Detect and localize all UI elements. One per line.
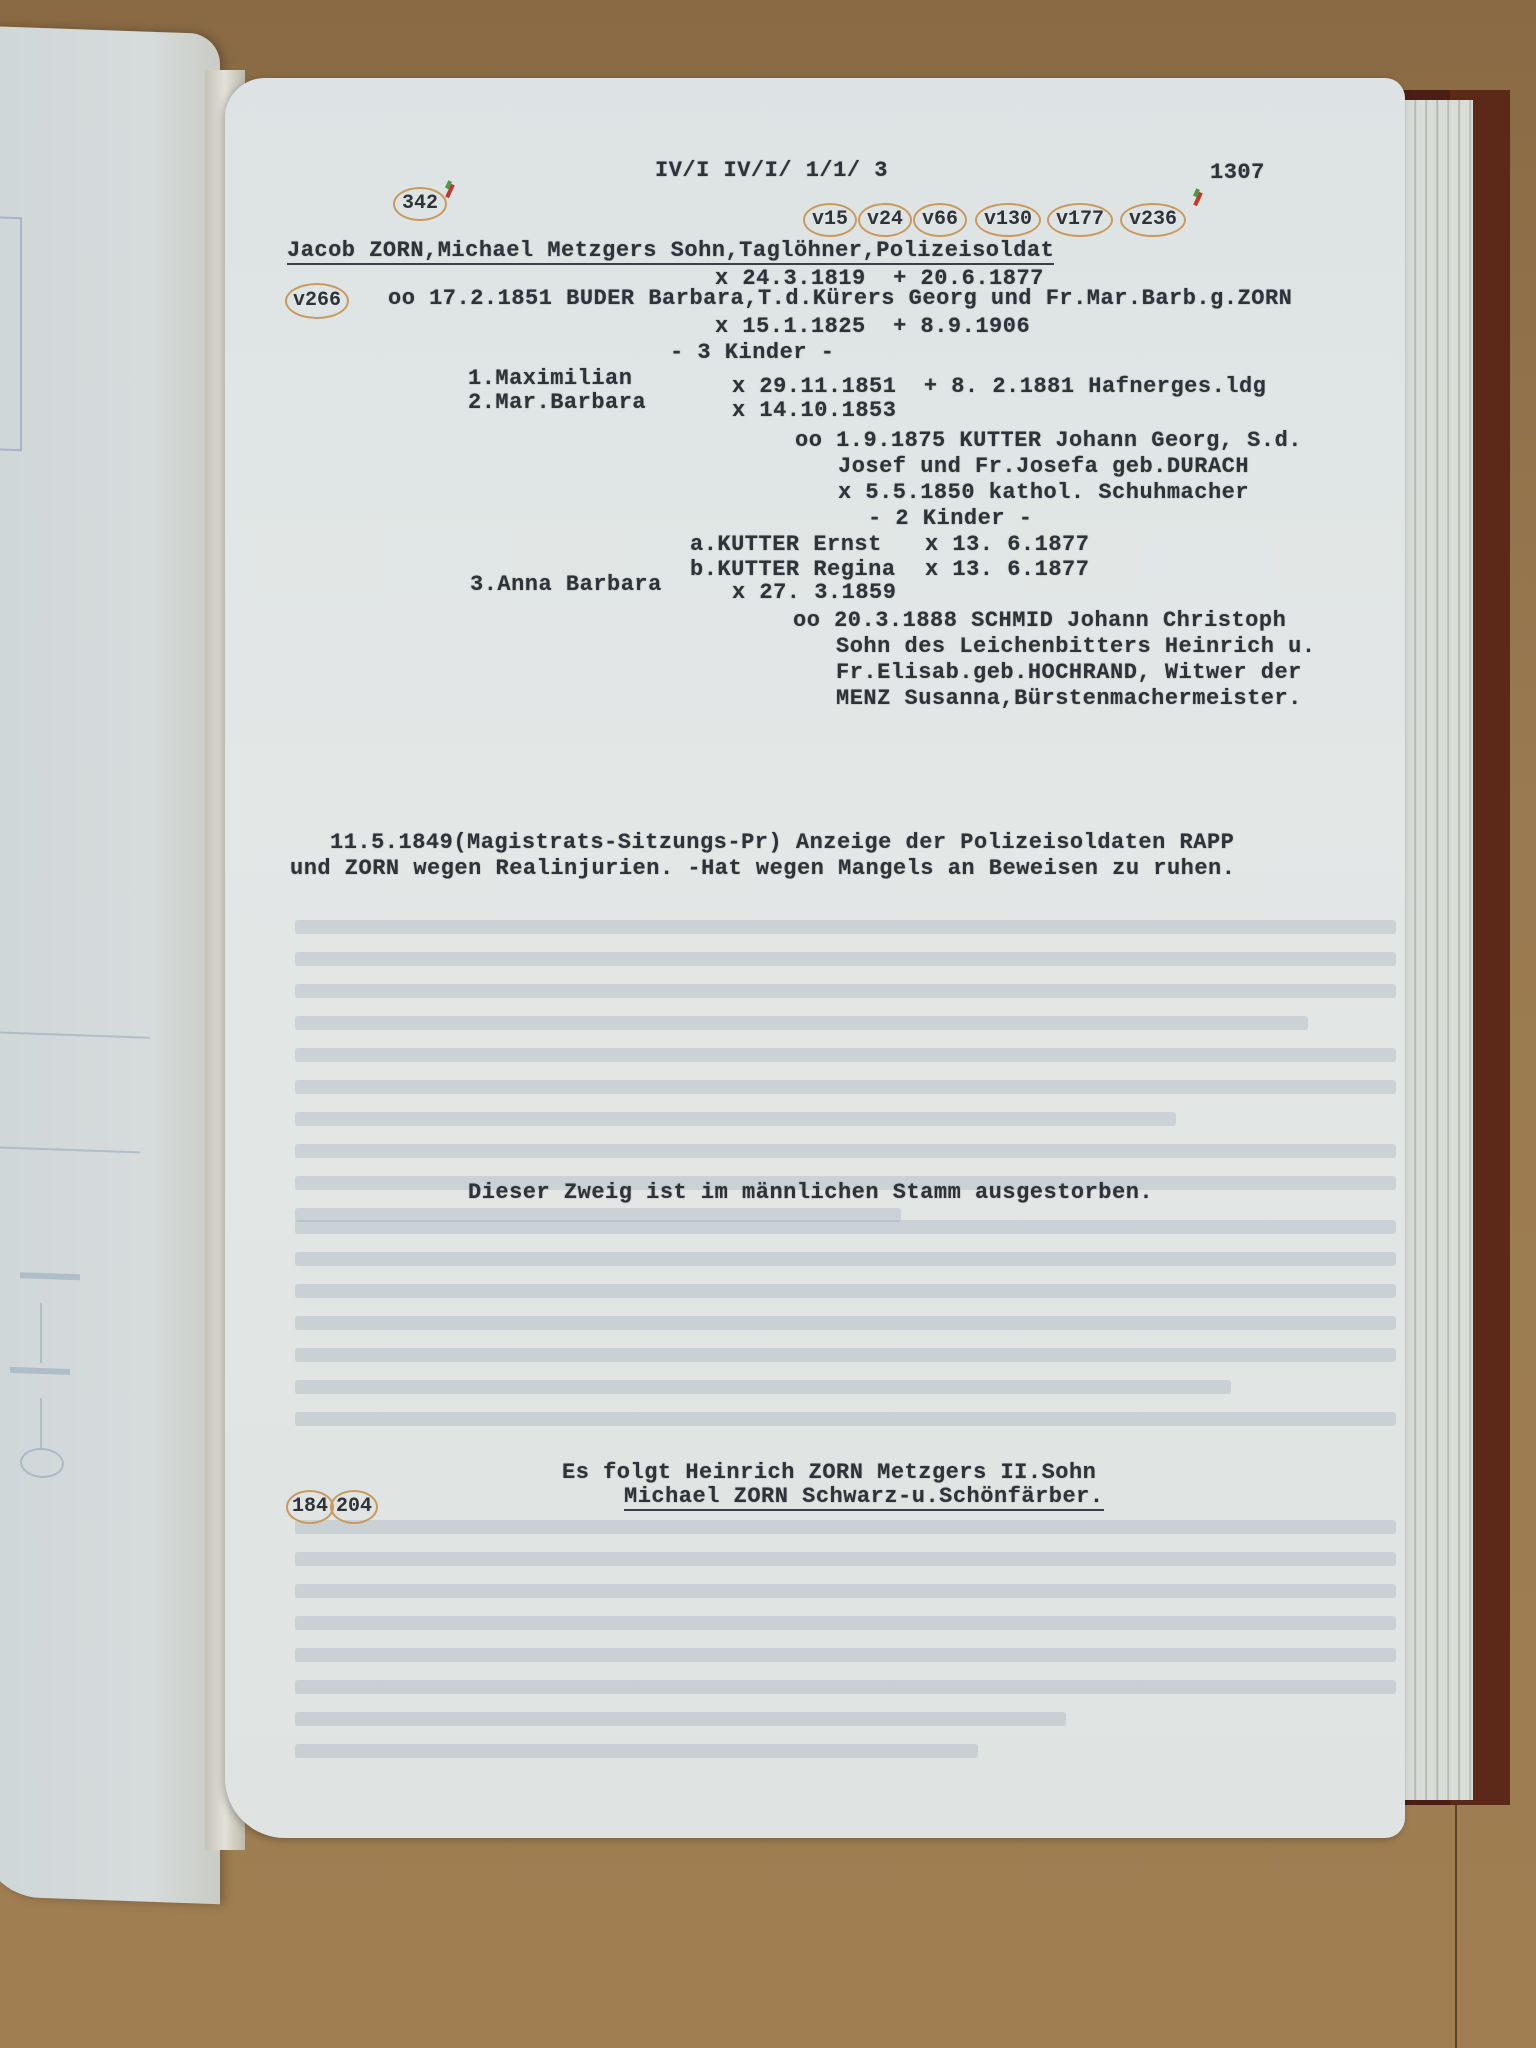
marriage-ref-circled: v266	[285, 283, 349, 319]
continuation-ref-circled: 184	[286, 1490, 334, 1524]
child-name: 3.Anna Barbara	[470, 572, 662, 597]
child-name: 1.Maximilian	[468, 366, 632, 391]
child-dates: x 29.11.1851 + 8. 2.1881 Hafnerges.ldg	[732, 374, 1266, 399]
page-number: 1307	[1210, 160, 1265, 185]
children-header: - 3 Kinder -	[670, 340, 834, 365]
grandchild-name: b.KUTTER Regina	[690, 557, 896, 582]
check-mark-icon	[445, 184, 455, 198]
archive-reference: IV/I IV/I/ 1/1/ 3	[655, 158, 888, 183]
extinct-branch-note: Dieser Zweig ist im männlichen Stamm aus…	[468, 1180, 1153, 1205]
child-marriage-line: oo 1.9.1875 KUTTER Johann Georg, S.d.	[795, 428, 1302, 453]
marriage-line: oo 17.2.1851 BUDER Barbara,T.d.Kürers Ge…	[388, 286, 1292, 311]
continuation-line: Es folgt Heinrich ZORN Metzgers II.Sohn	[562, 1460, 1096, 1485]
cross-ref-circled: v177	[1047, 203, 1113, 237]
check-mark-icon	[1193, 192, 1203, 206]
child-name: 2.Mar.Barbara	[468, 390, 646, 415]
child-dates: x 14.10.1853	[732, 398, 896, 423]
cross-ref-circled: v236	[1120, 203, 1186, 237]
council-note-line: und ZORN wegen Realinjurien. -Hat wegen …	[290, 856, 1235, 881]
child-marriage-line: Fr.Elisab.geb.HOCHRAND, Witwer der	[836, 660, 1302, 685]
grandchild-name: a.KUTTER Ernst	[690, 532, 882, 557]
typed-document: IV/I IV/I/ 1/1/ 3 1307 342 v15 v24 v66 v…	[0, 0, 1536, 2048]
margin-ref-circled: 342	[393, 187, 447, 221]
cross-ref-circled: v130	[975, 203, 1041, 237]
spouse-dates: x 15.1.1825 + 8.9.1906	[715, 314, 1030, 339]
grandchild-dates: x 13. 6.1877	[925, 532, 1089, 557]
child-marriage-line: Josef und Fr.Josefa geb.DURACH	[838, 454, 1249, 479]
council-note-line: 11.5.1849(Magistrats-Sitzungs-Pr) Anzeig…	[330, 830, 1234, 855]
cross-ref-circled: v15	[803, 203, 857, 237]
continuation-ref-circled: 204	[330, 1490, 378, 1524]
child-marriage-line: MENZ Susanna,Bürstenmachermeister.	[836, 686, 1302, 711]
child-marriage-line: Sohn des Leichenbitters Heinrich u.	[836, 634, 1316, 659]
cross-ref-circled: v24	[858, 203, 912, 237]
child-dates: x 27. 3.1859	[732, 580, 896, 605]
continuation-line: Michael ZORN Schwarz-u.Schönfärber.	[624, 1484, 1104, 1511]
grandchild-dates: x 13. 6.1877	[925, 557, 1089, 582]
child-marriage-line: oo 20.3.1888 SCHMID Johann Christoph	[793, 608, 1286, 633]
cross-ref-circled: v66	[913, 203, 967, 237]
child-marriage-line: x 5.5.1850 kathol. Schuhmacher	[838, 480, 1249, 505]
grandchildren-header: - 2 Kinder -	[868, 506, 1032, 531]
entry-title-line: Jacob ZORN,Michael Metzgers Sohn,Taglöhn…	[287, 238, 1054, 265]
